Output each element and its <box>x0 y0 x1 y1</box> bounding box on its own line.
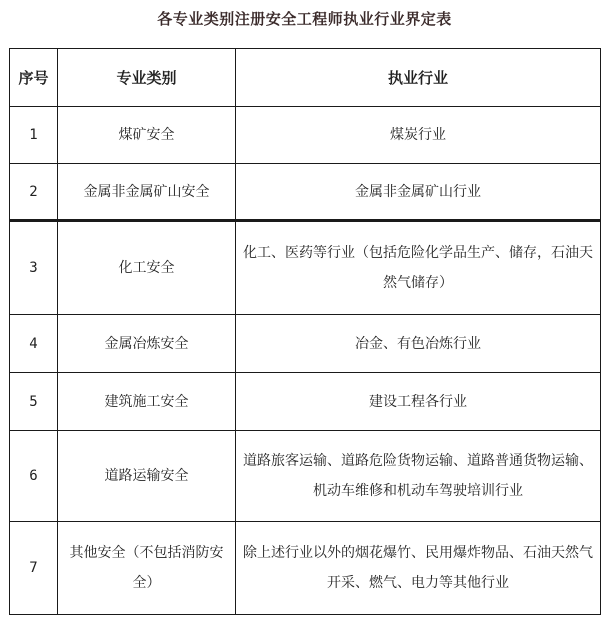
row-category: 道路运输安全 <box>58 431 236 522</box>
table-row: 5 建筑施工安全 建设工程各行业 <box>10 373 601 431</box>
row-industry: 金属非金属矿山行业 <box>236 164 601 221</box>
header-category: 专业类别 <box>58 49 236 107</box>
row-category: 金属非金属矿山安全 <box>58 164 236 221</box>
row-number: 6 <box>10 431 58 522</box>
table-row: 7 其他安全（不包括消防安全） 除上述行业以外的烟花爆竹、民用爆炸物品、石油天然… <box>10 522 601 615</box>
header-number: 序号 <box>10 49 58 107</box>
row-number: 5 <box>10 373 58 431</box>
row-number: 1 <box>10 107 58 164</box>
table-header-row: 序号 专业类别 执业行业 <box>10 49 601 107</box>
table-row: 6 道路运输安全 道路旅客运输、道路危险货物运输、道路普通货物运输、机动车维修和… <box>10 431 601 522</box>
row-category: 煤矿安全 <box>58 107 236 164</box>
row-category: 金属冶炼安全 <box>58 315 236 373</box>
page-title: 各专业类别注册安全工程师执业行业界定表 <box>0 8 609 29</box>
row-industry: 煤炭行业 <box>236 107 601 164</box>
row-number: 3 <box>10 221 58 315</box>
row-category: 化工安全 <box>58 221 236 315</box>
row-category: 其他安全（不包括消防安全） <box>58 522 236 615</box>
row-industry: 化工、医药等行业（包括危险化学品生产、储存，石油天然气储存） <box>236 221 601 315</box>
row-industry: 冶金、有色冶炼行业 <box>236 315 601 373</box>
row-category: 建筑施工安全 <box>58 373 236 431</box>
row-industry: 除上述行业以外的烟花爆竹、民用爆炸物品、石油天然气开采、燃气、电力等其他行业 <box>236 522 601 615</box>
row-industry: 建设工程各行业 <box>236 373 601 431</box>
row-number: 7 <box>10 522 58 615</box>
table-row: 4 金属冶炼安全 冶金、有色冶炼行业 <box>10 315 601 373</box>
table-row: 3 化工安全 化工、医药等行业（包括危险化学品生产、储存，石油天然气储存） <box>10 221 601 315</box>
header-industry: 执业行业 <box>236 49 601 107</box>
row-number: 4 <box>10 315 58 373</box>
industry-definition-table: 序号 专业类别 执业行业 1 煤矿安全 煤炭行业 2 金属非金属矿山安全 金属非… <box>9 48 601 615</box>
row-number: 2 <box>10 164 58 221</box>
table-row: 2 金属非金属矿山安全 金属非金属矿山行业 <box>10 164 601 221</box>
row-industry: 道路旅客运输、道路危险货物运输、道路普通货物运输、机动车维修和机动车驾驶培训行业 <box>236 431 601 522</box>
table-row: 1 煤矿安全 煤炭行业 <box>10 107 601 164</box>
